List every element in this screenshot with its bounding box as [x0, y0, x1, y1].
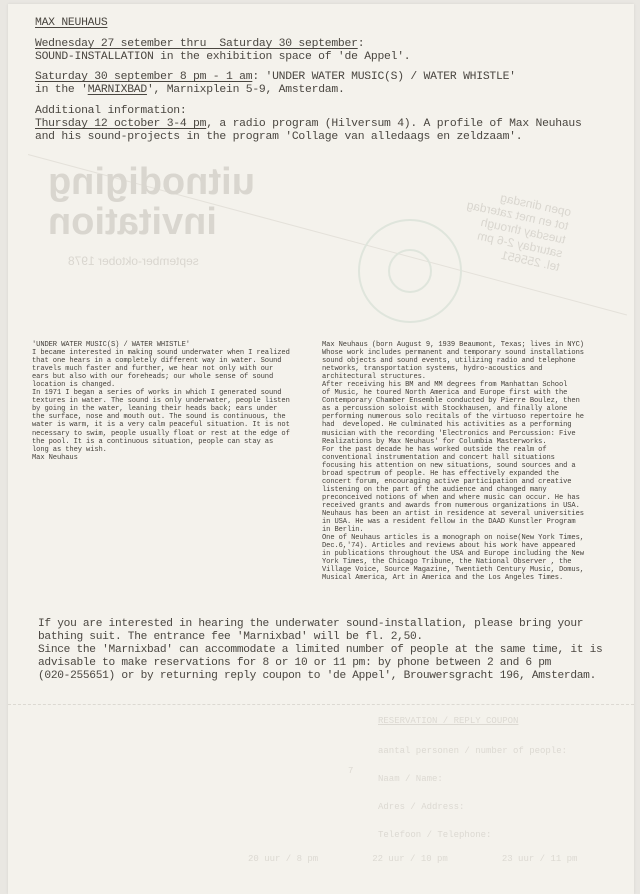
installation-description: SOUND-INSTALLATION in the exhibition spa…: [35, 51, 410, 64]
ghost-coupon-line: Telefoon / Telephone:: [378, 830, 491, 840]
left-column-artist-statement: 'UNDER WATER MUSIC(S) / WATER WHISTLE' I…: [32, 341, 290, 462]
ghost-coupon-title: RESERVATION / REPLY COUPON: [378, 716, 518, 726]
radio-description: , a radio program (Hilversum 4). A profi…: [206, 118, 581, 130]
venue-address: ', Marnixplein 5-9, Amsterdam.: [147, 84, 345, 96]
ghost-stamp: [358, 219, 462, 323]
installation-dates-colon: :: [358, 38, 365, 50]
reservation-info: If you are interested in hearing the und…: [38, 618, 602, 683]
performance-location: in the 'MARNIXBAD', Marnixplein 5-9, Ams…: [35, 84, 345, 97]
ghost-coupon-line: Adres / Address:: [378, 802, 464, 812]
additional-info-label: Additional information:: [35, 105, 186, 118]
ghost-coupon-line: Naam / Name:: [378, 774, 443, 784]
ghost-coupon-times: 20 uur / 8 pm 22 uur / 10 pm 23 uur / 11…: [248, 854, 577, 864]
document-page: uitnodiging invitation september-oktober…: [8, 4, 634, 894]
ghost-dates: september-oktober 1978: [68, 254, 199, 268]
performance-title: : 'UNDER WATER MUSIC(S) / WATER WHISTLE': [252, 71, 515, 83]
ghost-coupon-line: aantal personen / number of people:: [378, 746, 567, 756]
performance-date-underlined: Saturday 30 september 8 pm - 1 am: [35, 71, 252, 83]
coupon-fold-line: [8, 704, 634, 705]
installation-dates: Wednesday 27 setember thru Saturday 30 s…: [35, 38, 364, 51]
radio-program: Thursday 12 october 3-4 pm, a radio prog…: [35, 118, 582, 131]
performance-date: Saturday 30 september 8 pm - 1 am: 'UNDE…: [35, 71, 516, 84]
ghost-hours: open dinsdag tot en met zaterdag tuesday…: [457, 184, 573, 274]
venue-name: MARNIXBAD: [88, 84, 147, 96]
ghost-invitation: invitation: [48, 204, 217, 240]
radio-date: Thursday 12 october 3-4 pm: [35, 118, 206, 130]
installation-dates-underlined: Wednesday 27 setember thru Saturday 30 s…: [35, 38, 358, 50]
radio-program-cont: and his sound-projects in the program 'C…: [35, 131, 522, 144]
page-number: 7: [348, 766, 353, 776]
right-column-biography: Max Neuhaus (born August 9, 1939 Beaumon…: [322, 341, 584, 582]
location-prefix: in the ': [35, 84, 88, 96]
artist-title: MAX NEUHAUS: [35, 17, 107, 30]
ghost-uitnodiging: uitnodiging: [48, 164, 255, 200]
